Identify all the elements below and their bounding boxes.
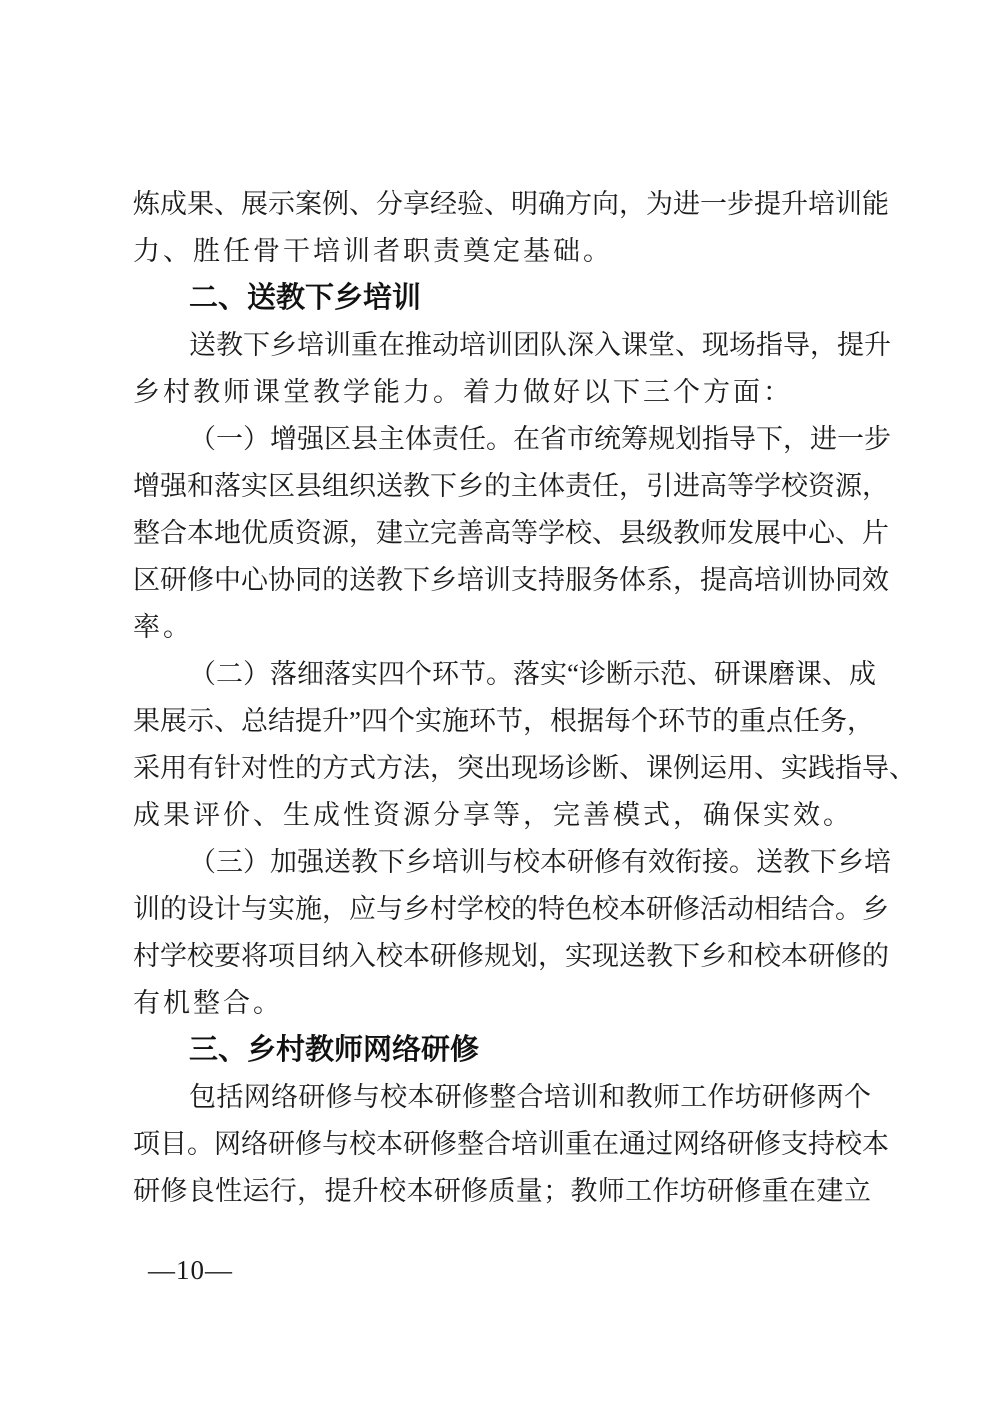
character: 的 [322,567,349,594]
character: 研 [430,943,457,970]
character: 落 [270,661,297,688]
character: 指 [702,426,729,453]
character: 研 [160,567,187,594]
character: 作 [652,1178,679,1205]
character: 合 [484,1131,511,1158]
character: 本 [376,1131,403,1158]
character: 修 [754,1131,781,1158]
character: 等 [727,473,754,500]
character: 送 [756,849,783,876]
character: 现 [511,755,538,782]
character: 动 [432,332,459,359]
character: 实 [415,708,442,735]
character: 培 [864,849,891,876]
character: 在 [789,1178,816,1205]
character: 合 [516,1084,543,1111]
character: 展 [241,191,268,218]
character: （ [189,661,216,688]
character: 培 [459,332,486,359]
character: 性 [268,755,295,782]
character: 。 [187,1131,214,1158]
text-line: （一）增强区县主体责任。在省市统筹规划指导下，进一步 [133,416,871,463]
character: 法 [403,755,430,782]
character: 的 [295,755,322,782]
character: 村 [430,896,457,923]
character: 研 [567,849,594,876]
character: 教 [646,943,673,970]
character: 建 [376,520,403,547]
character: 级 [646,520,673,547]
text-line: 村学校要将项目纳入校本研修规划，实现送教下乡和校本研修的 [133,933,871,980]
character: 高 [484,520,511,547]
character: 将 [241,943,268,970]
text-line: 果展示、总结提升”四个实施环节，根据每个环节的重点任务， [133,698,871,745]
character: 务 [820,708,847,735]
character: 责 [565,473,592,500]
text-line: 项目。网络研修与校本研修整合培训重在通过网络研修支持校本 [133,1121,871,1168]
character: 划 [511,943,538,970]
character: 步 [864,426,891,453]
character: 进 [673,473,700,500]
character: 。 [486,661,513,688]
character: 同 [295,567,322,594]
character: 研 [714,661,741,688]
character: 四 [361,708,388,735]
character: 两 [816,1084,843,1111]
character: 下 [810,849,837,876]
character: 、 [214,708,241,735]
character: 网 [214,1131,241,1158]
character: 指 [835,755,862,782]
character: 任 [459,426,486,453]
character: 教 [626,1084,653,1111]
text-line: 训的设计与实施，应与乡村学校的特色校本研修活动相结合。乡 [133,886,871,933]
character: 校 [781,473,808,500]
character: 提 [754,191,781,218]
character: 效 [648,849,675,876]
character: 针 [214,755,241,782]
character: 良 [188,1178,215,1205]
character: 修 [457,943,484,970]
character: 心 [241,567,268,594]
character: 成 [849,661,876,688]
character: 与 [322,1131,349,1158]
character: 整 [489,1084,516,1111]
character: 与 [353,1084,380,1111]
character: 本 [403,943,430,970]
character: 师 [653,1084,680,1111]
character: 通 [619,1131,646,1158]
character: 修 [673,896,700,923]
character: 衔 [675,849,702,876]
character: 合 [160,520,187,547]
character: 二 [216,661,243,688]
character: 乡 [700,943,727,970]
character: 区 [324,426,351,453]
character: 研 [762,1084,789,1111]
character: 环 [432,661,459,688]
character: 训 [835,191,862,218]
character: 网 [244,1084,271,1111]
character: 下 [378,849,405,876]
character: 导 [862,755,889,782]
character: 市 [567,426,594,453]
character: 课 [646,755,673,782]
character: 升 [864,332,891,359]
character: 增 [270,426,297,453]
character: 协 [268,567,295,594]
character: 教 [570,1178,597,1205]
character: 课 [621,332,648,359]
character: 诊 [579,661,606,688]
character: 、 [619,755,646,782]
character: 体 [405,426,432,453]
character: 、 [484,191,511,218]
character: 区 [133,567,160,594]
character: 本 [862,1131,889,1158]
character: 深 [567,332,594,359]
character: 一 [837,426,864,453]
character: 训 [781,567,808,594]
character: 持 [538,567,565,594]
character: 示 [268,191,295,218]
character: 队 [540,332,567,359]
character: 体 [538,473,565,500]
character: 团 [513,332,540,359]
character: 学 [457,896,484,923]
character: 升 [352,1178,379,1205]
character: ， [619,191,646,218]
character: 资 [808,473,835,500]
character: 下 [243,332,270,359]
character: ， [297,1178,324,1205]
character: 培 [544,1084,571,1111]
character: 要 [214,943,241,970]
character: 提 [700,567,727,594]
character: 出 [484,755,511,782]
character: 引 [646,473,673,500]
character: 加 [270,849,297,876]
character: 校 [379,1178,406,1205]
character: 实 [268,896,295,923]
character: 落 [324,661,351,688]
character: 完 [430,520,457,547]
character: 源 [835,473,862,500]
character: 现 [592,943,619,970]
character: 个 [631,708,658,735]
text-line: 有机整合。 [133,980,871,1027]
character: 下 [430,473,457,500]
character: 。 [729,849,756,876]
character: 采 [133,755,160,782]
text-line: 包括网络研修与校本研修整合培训和教师工作坊研修两个 [133,1074,871,1121]
character: 纳 [322,943,349,970]
character: 、 [675,332,702,359]
character: 责 [432,426,459,453]
character: 个 [388,708,415,735]
character: 节 [496,708,523,735]
character: 在 [378,332,405,359]
character: 质 [268,520,295,547]
character: ， [783,426,810,453]
character: 运 [242,1178,269,1205]
character: 。 [835,896,862,923]
character: 主 [511,473,538,500]
character: 协 [808,567,835,594]
section-heading: 二、送教下乡培训 [133,275,871,322]
text-line: 力、胜任骨干培训者职责奠定基础。 [133,228,871,275]
document-body: 炼成果、展示案例、分享经验、明确方向，为进一步提升培训能力、胜任骨干培训者职责奠… [133,181,871,1215]
character: 目 [295,943,322,970]
character: 明 [511,191,538,218]
character: 断 [592,755,619,782]
character: 提 [324,1178,351,1205]
character: 资 [295,520,322,547]
character: 例 [322,191,349,218]
character: 有 [187,755,214,782]
character: 、 [889,755,916,782]
character: 培 [754,567,781,594]
character: 训 [459,849,486,876]
character: 整 [457,1131,484,1158]
character: 任 [592,473,619,500]
character: 应 [349,896,376,923]
character: 修 [462,1084,489,1111]
character: 学 [160,943,187,970]
character: 教 [351,849,378,876]
character: 服 [565,567,592,594]
character: 的 [484,473,511,500]
character: 、 [822,661,849,688]
character: 训 [486,332,513,359]
character: 教 [376,567,403,594]
character: 色 [565,896,592,923]
character: 接 [702,849,729,876]
character: 立 [403,520,430,547]
character: 师 [700,520,727,547]
character: 坊 [680,1178,707,1205]
character: 体 [619,567,646,594]
character: 场 [729,332,756,359]
character: 教 [216,332,243,359]
character: 送 [189,332,216,359]
character: 修 [295,1131,322,1158]
character: 研 [403,1131,430,1158]
character: 本 [406,1178,433,1205]
character: ， [430,755,457,782]
character: 点 [766,708,793,735]
character: 强 [160,473,187,500]
character: 据 [577,708,604,735]
character: 展 [160,708,187,735]
character: 结 [268,708,295,735]
character: 校 [376,943,403,970]
character: 升 [781,191,808,218]
character: ， [847,708,874,735]
character: 培 [511,1131,538,1158]
character: 与 [376,896,403,923]
text-line: 送教下乡培训重在推动培训团队深入课堂、现场指导，提升 [133,322,871,369]
character: 重 [739,708,766,735]
character: 的 [862,943,889,970]
character: 坊 [735,1084,762,1111]
character: 向 [592,191,619,218]
text-line: 炼成果、展示案例、分享经验、明确方向，为进一步提升培训能 [133,181,871,228]
character: 教 [783,849,810,876]
character: 的 [511,896,538,923]
character: ” [349,708,361,735]
character: 活 [700,896,727,923]
character: 项 [133,1131,160,1158]
character: 、 [835,520,862,547]
character: 组 [322,473,349,500]
character: ， [538,943,565,970]
character: 步 [727,191,754,218]
character: 持 [808,1131,835,1158]
character: 县 [351,426,378,453]
character: 下 [756,426,783,453]
character: 本 [781,943,808,970]
document-page: 炼成果、展示案例、分享经验、明确方向，为进一步提升培训能力、胜任骨干培训者职责奠… [0,0,993,1404]
character: 落 [513,661,540,688]
text-line: （三）加强送教下乡培训与校本研修有效衔接。送教下乡培 [133,839,871,886]
character: 一 [700,191,727,218]
character: 节 [459,661,486,688]
character: 结 [781,896,808,923]
character: 实 [781,755,808,782]
character: 作 [707,1084,734,1111]
character: 重 [762,1178,789,1205]
character: 指 [756,332,783,359]
character: 过 [646,1131,673,1158]
character: 校 [187,943,214,970]
character: 送 [376,473,403,500]
character: 训 [571,1084,598,1111]
character: 的 [712,708,739,735]
character: 总 [241,708,268,735]
character: 研 [707,1178,734,1205]
character: ； [543,1178,570,1205]
character: 能 [862,191,889,218]
character: 研 [434,1178,461,1205]
character: 工 [680,1084,707,1111]
character: 与 [241,896,268,923]
character: 心 [808,520,835,547]
character: 校 [484,896,511,923]
character: 省 [540,426,567,453]
character: 升 [322,708,349,735]
character: 本 [187,520,214,547]
character: 有 [621,849,648,876]
character: 四 [378,661,405,688]
character: ） [243,426,270,453]
character: 建 [816,1178,843,1205]
character: 县 [295,473,322,500]
character: 入 [349,943,376,970]
character: 络 [241,1131,268,1158]
character: 动 [727,896,754,923]
character: 实 [351,661,378,688]
character: 个 [844,1084,871,1111]
character: 研 [298,1084,325,1111]
character: 和 [598,1084,625,1111]
character: 断 [606,661,633,688]
character: 教 [673,520,700,547]
character: 质 [488,1178,515,1205]
character: 学 [538,520,565,547]
character: 支 [511,567,538,594]
character: 学 [754,473,781,500]
character: 量 [516,1178,543,1205]
character: 与 [486,849,513,876]
character: 施 [295,896,322,923]
character: 同 [835,567,862,594]
character: 个 [405,661,432,688]
character: 送 [619,943,646,970]
character: 和 [727,943,754,970]
character: ， [349,520,376,547]
character: 校 [754,943,781,970]
character: 细 [297,661,324,688]
character: 本 [407,1084,434,1111]
character: 方 [322,755,349,782]
character: （ [189,426,216,453]
character: 堂 [648,332,675,359]
character: 、 [592,520,619,547]
character: 校 [592,896,619,923]
character: 落 [214,473,241,500]
character: 培 [297,332,324,359]
section-heading: 三、乡村教师网络研修 [133,1027,871,1074]
character: （ [189,849,216,876]
character: 规 [648,426,675,453]
character: 示 [187,708,214,735]
character: 校 [835,1131,862,1158]
character: 、 [349,191,376,218]
character: 导 [783,332,810,359]
character: 乡 [405,849,432,876]
character: 践 [808,755,835,782]
character: 现 [702,332,729,359]
character: 合 [808,896,835,923]
character: 推 [405,332,432,359]
character: 方 [565,191,592,218]
character: ） [243,849,270,876]
character: 课 [741,661,768,688]
character: 节 [685,708,712,735]
character: 用 [160,755,187,782]
character: 研 [268,1131,295,1158]
character: 场 [538,755,565,782]
character: 整 [133,520,160,547]
character: 校 [565,520,592,547]
text-line: 成果评价、生成性资源分享等，完善模式，确保实效。 [133,792,871,839]
character: 经 [430,191,457,218]
character: 成 [160,191,187,218]
character: 分 [376,191,403,218]
character: 中 [214,567,241,594]
character: 校 [349,1131,376,1158]
character: 乡 [837,849,864,876]
page-number: —10— [148,1247,233,1294]
character: 导 [729,426,756,453]
character: 训 [484,567,511,594]
character: 、 [687,661,714,688]
character: 根 [550,708,577,735]
character: 设 [187,896,214,923]
text-line: （二）落细落实四个环节。落实“诊断示范、研课磨课、成 [133,651,871,698]
character: 高 [700,473,727,500]
